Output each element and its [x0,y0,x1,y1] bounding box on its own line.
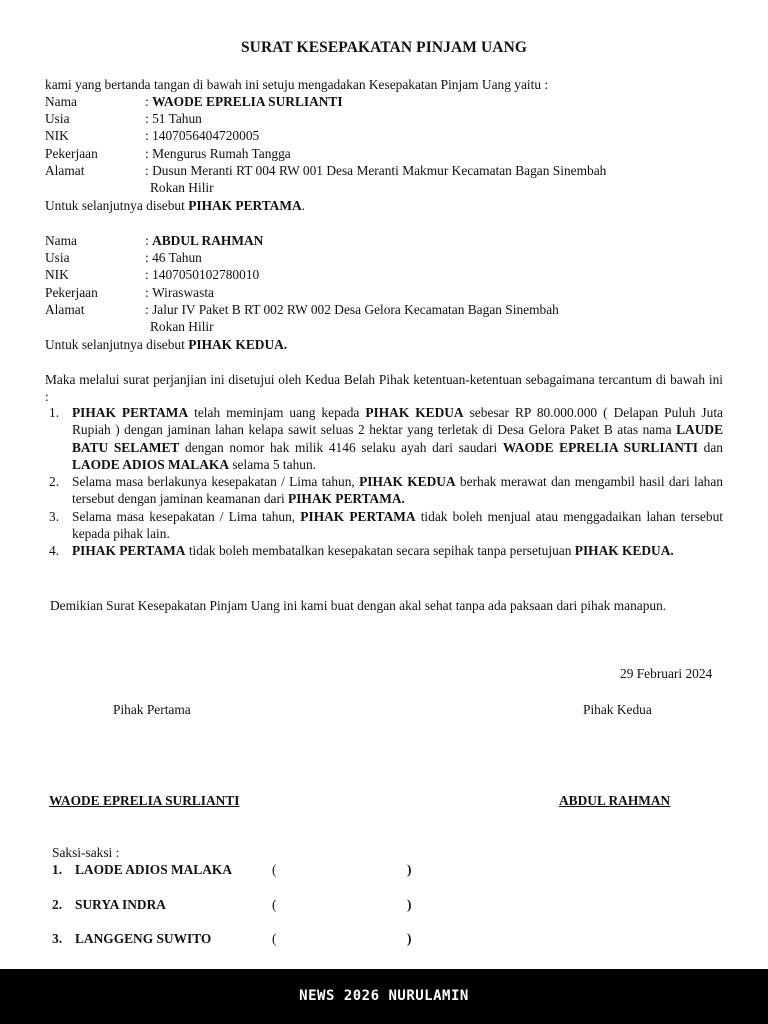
witness-name: LAODE ADIOS MALAKA [75,861,272,878]
witness-row: 3.LANGGENG SUWITO() [52,930,411,947]
party1-address-cont: Rokan Hilir [150,179,214,196]
term-number: 1. [49,404,59,421]
terms-list: 1.PIHAK PERTAMA telah meminjam uang kepa… [45,404,723,560]
party2-job-row: Pekerjaan: Wiraswasta [45,284,214,301]
preamble-paragraph: Maka melalui surat perjanjian ini disetu… [45,371,723,406]
term-item: 1.PIHAK PERTAMA telah meminjam uang kepa… [45,404,723,473]
field-value: 1407056404720005 [152,127,259,144]
witness-row: 2.SURYA INDRA() [52,896,411,913]
field-label: Usia [45,110,145,127]
party1-nik-row: NIK: 1407056404720005 [45,127,259,144]
party2-nik-row: NIK: 1407050102780010 [45,266,259,283]
document-title: SURAT KESEPAKATAN PINJAM UANG [0,39,768,56]
field-label: Nama [45,232,145,249]
witness-name: LANGGENG SUWITO [75,930,272,947]
term-item: 2.Selama masa berlakunya kesepakatan / L… [45,473,723,508]
field-value: ABDUL RAHMAN [152,232,263,249]
field-value: 1407050102780010 [152,266,259,283]
party2-designation: Untuk selanjutnya disebut PIHAK KEDUA. [45,336,287,353]
witnesses-label: Saksi-saksi : [52,844,119,861]
party1-job-row: Pekerjaan: Mengurus Rumah Tangga [45,145,291,162]
field-value: 51 Tahun [152,110,202,127]
party2-address-cont: Rokan Hilir [150,318,214,335]
field-value: 46 Tahun [152,249,202,266]
field-value: Mengurus Rumah Tangga [152,145,291,162]
field-value: Jalur IV Paket B RT 002 RW 002 Desa Gelo… [152,301,559,318]
party1-name-row: Nama: WAODE EPRELIA SURLIANTI [45,93,343,110]
field-label: Alamat [45,162,145,179]
intro-text: kami yang bertanda tangan di bawah ini s… [45,76,548,93]
party2-name-row: Nama: ABDUL RAHMAN [45,232,263,249]
party1-designation: Untuk selanjutnya disebut PIHAK PERTAMA. [45,197,305,214]
signature-label-second-party: Pihak Kedua [583,701,652,718]
watermark-banner: NEWS 2026 NURULAMIN [0,969,768,1024]
term-number: 3. [49,508,59,525]
signature-label-first-party: Pihak Pertama [113,701,191,718]
document-date: 29 Februari 2024 [620,665,712,682]
term-item: 4.PIHAK PERTAMA tidak boleh membatalkan … [45,542,723,559]
term-number: 2. [49,473,59,490]
signature-name-second-party: ABDUL RAHMAN [559,792,670,809]
party1-age-row: Usia: 51 Tahun [45,110,202,127]
field-value: WAODE EPRELIA SURLIANTI [152,93,343,110]
field-value: Dusun Meranti RT 004 RW 001 Desa Meranti… [152,162,606,179]
party2-age-row: Usia: 46 Tahun [45,249,202,266]
witness-name: SURYA INDRA [75,896,272,913]
witness-row: 1.LAODE ADIOS MALAKA() [52,861,411,878]
field-label: Pekerjaan [45,145,145,162]
closing-paragraph: Demikian Surat Kesepakatan Pinjam Uang i… [50,597,723,614]
field-label: Nama [45,93,145,110]
term-item: 3.Selama masa kesepakatan / Lima tahun, … [45,508,723,543]
field-label: NIK [45,127,145,144]
party1-address-row: Alamat: Dusun Meranti RT 004 RW 001 Desa… [45,162,606,179]
document-page: SURAT KESEPAKATAN PINJAM UANG kami yang … [0,0,768,969]
field-label: Pekerjaan [45,284,145,301]
field-label: Usia [45,249,145,266]
term-number: 4. [49,542,59,559]
signature-name-first-party: WAODE EPRELIA SURLIANTI [49,792,240,809]
party2-address-row: Alamat: Jalur IV Paket B RT 002 RW 002 D… [45,301,559,318]
field-label: NIK [45,266,145,283]
watermark-text: NEWS 2026 NURULAMIN [0,988,768,1004]
field-label: Alamat [45,301,145,318]
field-value: Wiraswasta [152,284,214,301]
